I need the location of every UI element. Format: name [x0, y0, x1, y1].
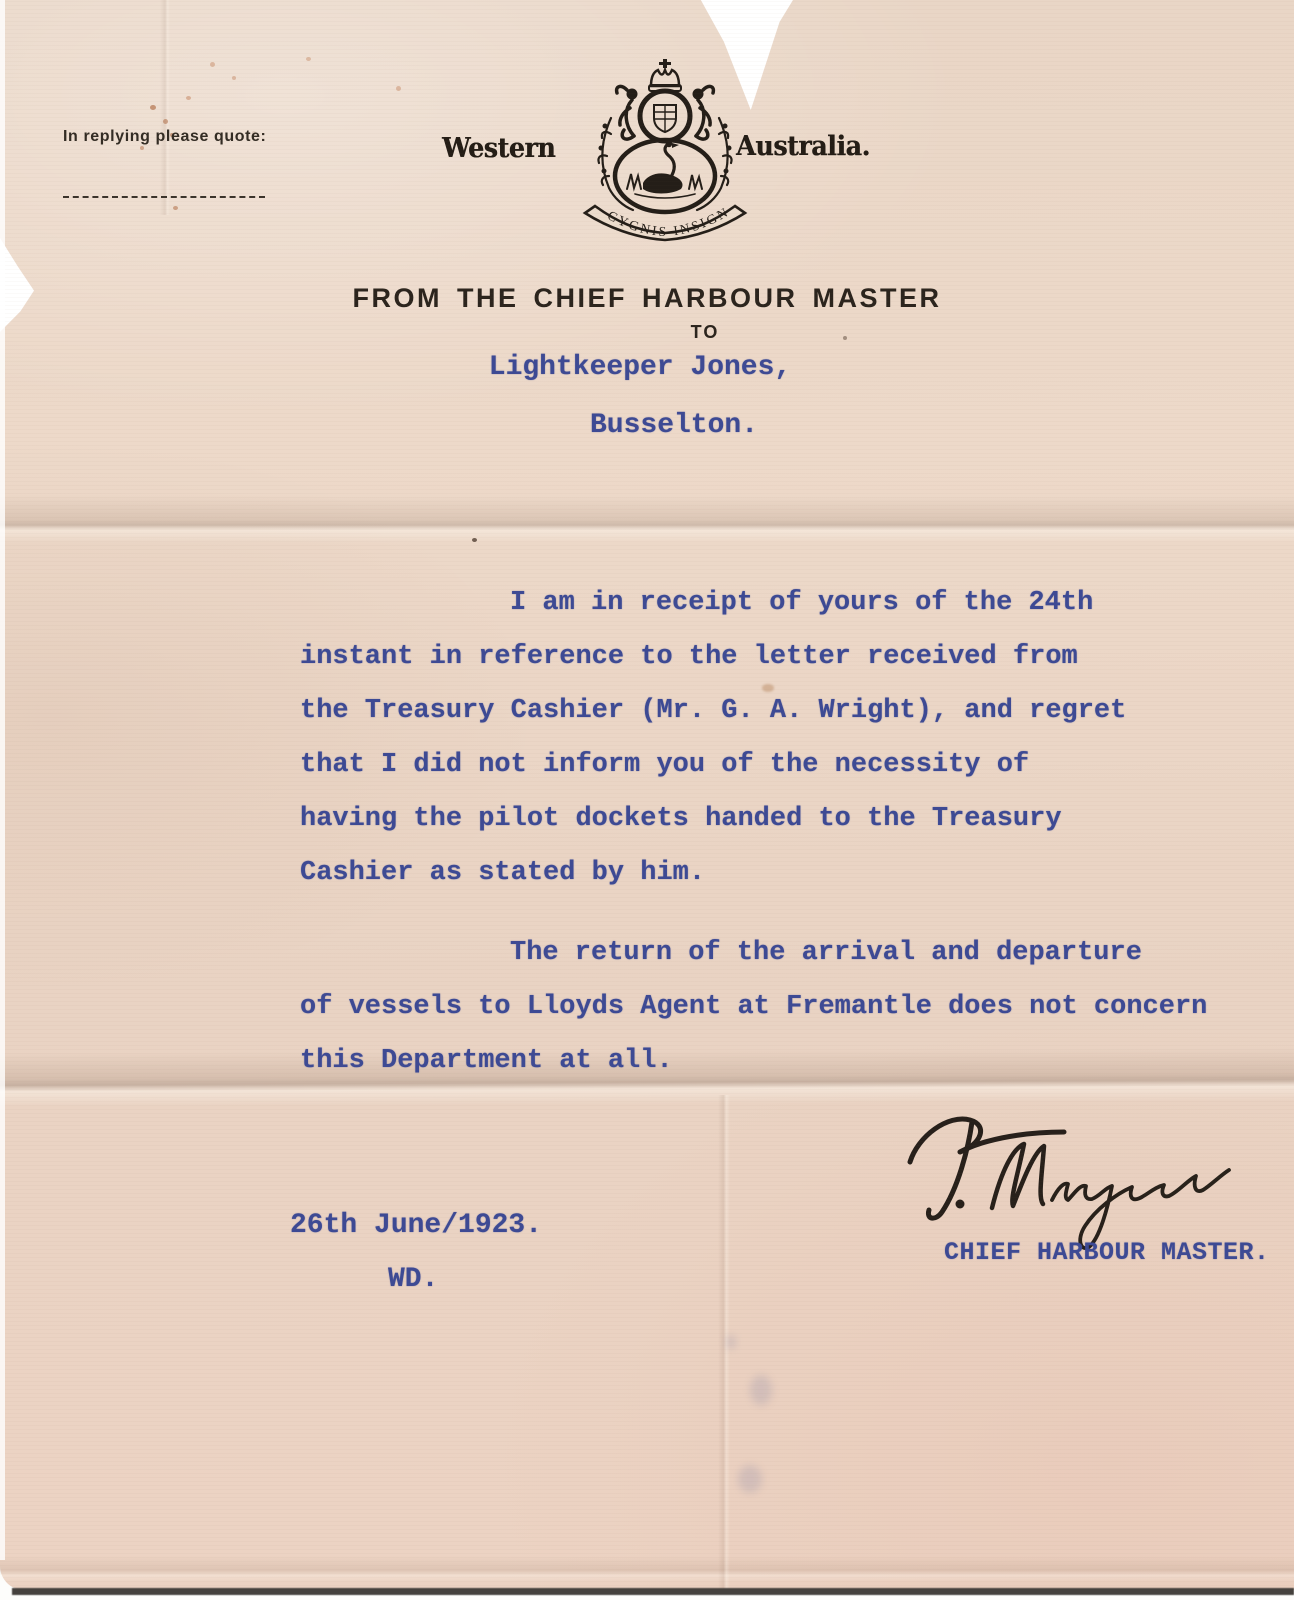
typewritten-line: instant in reference to the letter recei… [300, 642, 1126, 696]
region-name-left: Western [442, 133, 551, 164]
quote-ruled-line [63, 196, 265, 198]
body-paragraph-2: The return of the arrival and departure … [300, 938, 1207, 1100]
typewritten-line: the Treasury Cashier (Mr. G. A. Wright),… [300, 696, 1126, 750]
scanned-letter-page: { "colors": { "paper": "#ebd7c7", "typew… [0, 0, 1294, 1600]
typewritten-line: having the pilot dockets handed to the T… [300, 804, 1126, 858]
scan-left-edge [0, 0, 5, 1560]
typewritten-line: of vessels to Lloyds Agent at Fremantle … [300, 992, 1207, 1046]
fold-crease-upper [0, 495, 1294, 543]
fold-crease-bottom [0, 1556, 1294, 1582]
typewritten-line: I am in receipt of yours of the 24th [300, 588, 1126, 642]
typewritten-line: The return of the arrival and departure [300, 938, 1207, 992]
from-chief-harbour-master-heading: FROM THE CHIEF HARBOUR MASTER [16, 283, 1278, 314]
recipient-name: Lightkeeper Jones, [0, 352, 1280, 383]
typist-initials: WD. [388, 1264, 438, 1295]
reply-quote-label: In replying please quote: [63, 128, 266, 146]
western-australia-coat-of-arms-icon: CYGNIS INSIGNIS [575, 56, 755, 242]
scan-bottom-edge [12, 1588, 1294, 1595]
region-name-right: Australia. [736, 131, 870, 162]
body-paragraph-1: I am in receipt of yours of the 24th ins… [300, 588, 1126, 912]
recipient-place: Busselton. [40, 410, 1294, 441]
handwritten-signature: F. Winzar [896, 1092, 1241, 1254]
typewritten-line: Cashier as stated by him. [300, 858, 1126, 912]
date-line: 26th June/1923. [290, 1210, 542, 1241]
letter-paper: In replying please quote: [0, 0, 1294, 1590]
vertical-crease-top [160, 0, 170, 215]
typewritten-line: that I did not inform you of the necessi… [300, 750, 1126, 804]
to-label: TO [116, 322, 1294, 343]
signatory-title: CHIEF HARBOUR MASTER. [944, 1238, 1270, 1267]
